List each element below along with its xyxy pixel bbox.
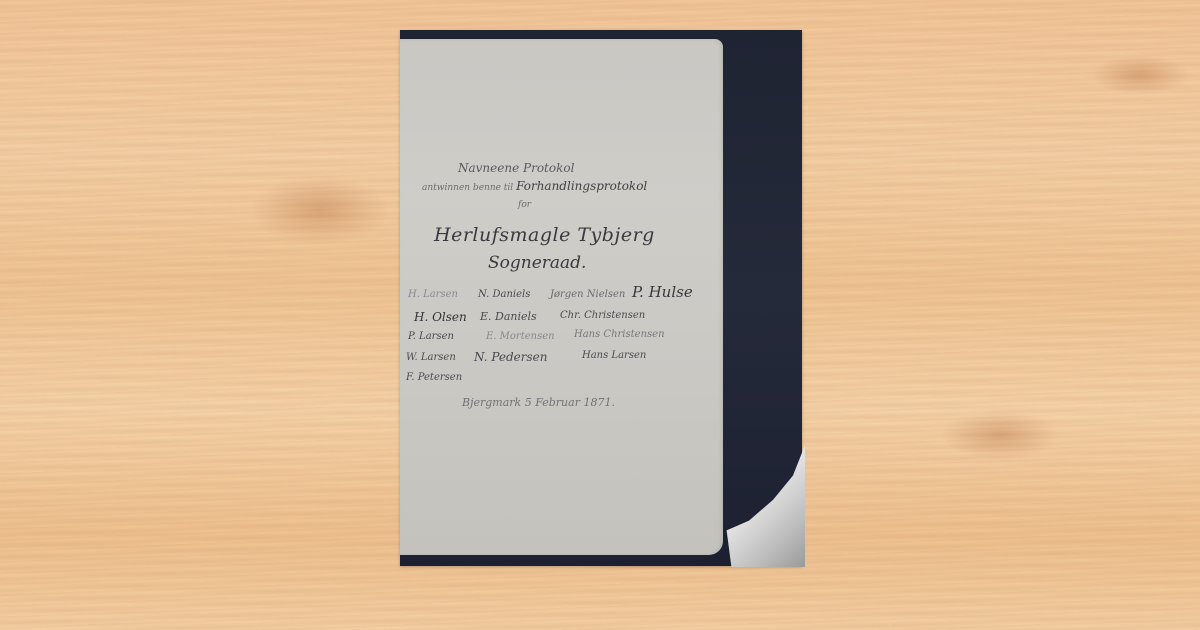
title-line-2-main: Forhandlingsprotokol — [516, 179, 647, 193]
title-line-2: antwinnen benne til Forhandlingsprotokol — [422, 179, 647, 193]
signature: P. Hulse — [632, 283, 693, 301]
signature: N. Pedersen — [474, 350, 548, 364]
signature: Jørgen Nielsen — [550, 289, 625, 300]
signature: E. Daniels — [480, 310, 537, 323]
signature: W. Larsen — [406, 352, 456, 363]
title-line-3: for — [518, 200, 531, 210]
signature: H. Larsen — [408, 289, 458, 300]
document-photo: Navneene Protokol antwinnen benne til Fo… — [400, 30, 802, 566]
place-date: Bjergmark 5 Februar 1871. — [462, 396, 615, 409]
title-line-4: Herlufsmagle Tybjerg — [434, 224, 655, 246]
document-page: Navneene Protokol antwinnen benne til Fo… — [400, 39, 723, 555]
signature: F. Petersen — [406, 372, 462, 383]
wood-knot — [1090, 55, 1190, 95]
wood-knot — [250, 175, 390, 245]
signature: H. Olsen — [414, 310, 467, 324]
title-line-1: Navneene Protokol — [458, 161, 574, 175]
signature: Hans Christensen — [574, 329, 665, 340]
signature: N. Daniels — [478, 289, 530, 300]
signature: P. Larsen — [408, 331, 454, 342]
title-line-5: Sogneraad. — [488, 253, 586, 273]
signature: Chr. Christensen — [560, 310, 645, 321]
wood-knot — [940, 410, 1060, 460]
signature: Hans Larsen — [582, 350, 646, 361]
title-line-2-prefix: antwinnen benne til — [422, 183, 513, 193]
signature: E. Mortensen — [486, 331, 555, 342]
